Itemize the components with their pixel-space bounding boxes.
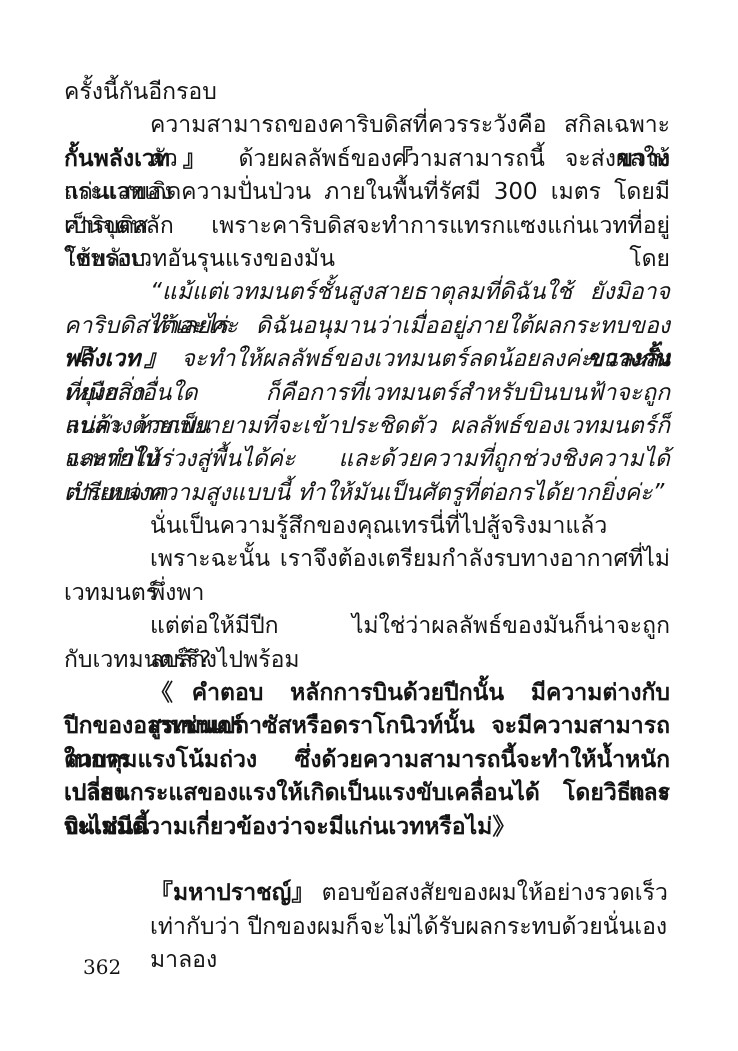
text-run: จะไม่มีความเกี่ยวข้องว่าจะมีแก่นเวทหรือไ…: [64, 814, 515, 840]
text-run: 『มหาปราชญ์』: [150, 880, 314, 906]
text-line: ความสามารถของคาริบดิสที่ควรระวังคือ สกิล…: [64, 109, 670, 142]
text-run: ตอบข้อสงสัยของผมให้อย่างรวดเร็ว: [314, 880, 668, 906]
text-run: นั่นเป็นความรู้สึกของคุณเทรนี่ที่ไปสู้จร…: [150, 513, 607, 539]
text-line: เปลี่ยนกระแสของแรงให้เกิดเป็นแรงขับเคลื่…: [64, 777, 670, 810]
text-line: และทำให้ร่วงสู่พื้นได้ค่ะ และด้วยความที่…: [64, 443, 670, 476]
text-line: เหนือสิ่งอื่นใด ก็คือการที่เวทมนตร์สำหรั…: [64, 377, 670, 410]
text-line: เท่ากับว่า ปีกของผมก็จะไม่ได้รับผลกระทบด…: [64, 911, 670, 944]
text-line: 『มหาปราชญ์』 ตอบข้อสงสัยของผมให้อย่างรวดเ…: [64, 877, 670, 910]
text-line: คาริบดิสได้เลยค่ะ ดิฉันอนุมานว่าเมื่ออยู…: [64, 310, 670, 343]
text-line: เป็นจุดหลัก เพราะคาริบดิสจะทำการแทรกแซงแ…: [64, 210, 670, 243]
text-run: พลังเวท』: [64, 346, 171, 372]
text-run: ครั้งนี้กันอีกรอบ: [64, 79, 217, 105]
text-line: ควบคุมแรงโน้มถ่วง ซึ่งด้วยความสามารถนี้จ…: [64, 744, 670, 777]
text-run: กับเวทมนตร์รึ?: [64, 647, 211, 673]
text-line: จะไม่มีความเกี่ยวข้องว่าจะมีแก่นเวทหรือไ…: [64, 811, 670, 844]
text-line: 《คำตอบ หลักการบินด้วยปีกนั้น มีความต่างก…: [64, 677, 670, 710]
text-line: เวทมนตร์: [64, 577, 670, 610]
text-line: แต่ต่อให้มีปีก ไม่ใช่ว่าผลลัพธ์ของมันก็น…: [64, 610, 670, 643]
blank-line: [64, 844, 670, 877]
text-run: เท่ากับว่า ปีกของผมก็จะไม่ได้รับผลกระทบด…: [150, 914, 667, 973]
text-line: ครั้งนี้กันอีกรอบ: [64, 76, 670, 109]
book-page: ครั้งนี้กันอีกรอบความสามารถของคาริบดิสที…: [0, 0, 738, 1051]
text-line: แก่นเวทเกิดความปั่นป่วน ภายในพื้นที่รัศม…: [64, 176, 670, 209]
text-run: เวทมนตร์: [64, 580, 158, 606]
text-line: ปีกของอสูรเช่นเปกาซัสหรือดราโกนิวท์นั้น …: [64, 710, 670, 743]
text-run: กั้นพลังเวท』: [64, 146, 219, 172]
page-number: 362: [83, 955, 121, 979]
text-run: ตำแหน่งความสูงแบบนี้ ทำให้มันเป็นศัตรูที…: [64, 480, 664, 506]
text-line: ตำแหน่งความสูงแบบนี้ ทำให้มันเป็นศัตรูที…: [64, 477, 670, 510]
text-line: พลังเวท』 จะทำให้ผลลัพธ์ของเวทมนตร์ลดน้อย…: [64, 343, 670, 376]
text-line: เพราะฉะนั้น เราจึงต้องเตรียมกำลังรบทางอา…: [64, 543, 670, 576]
text-line: นั่นเป็นความรู้สึกของคุณเทรนี่ที่ไปสู้จร…: [64, 510, 670, 543]
text-block: ครั้งนี้กันอีกรอบความสามารถของคาริบดิสที…: [64, 76, 670, 944]
text-line: กับเวทมนตร์รึ?: [64, 644, 670, 677]
text-run: คาริบดิสได้เลยค่ะ ดิฉันอนุมานว่าเมื่ออยู…: [64, 313, 670, 339]
text-line: แน่ค่ะ หากพยายามที่จะเข้าประชิดตัว ผลลัพ…: [64, 410, 670, 443]
text-line: “แม้แต่เวทมนตร์ชั้นสูงสายธาตุลมที่ดิฉันใ…: [64, 276, 670, 309]
text-line: กั้นพลังเวท』 ด้วยผลลัพธ์ของความสามารถนี้…: [64, 143, 670, 176]
text-run: ใช้พลังเวทอันรุนแรงของมัน: [64, 246, 335, 272]
